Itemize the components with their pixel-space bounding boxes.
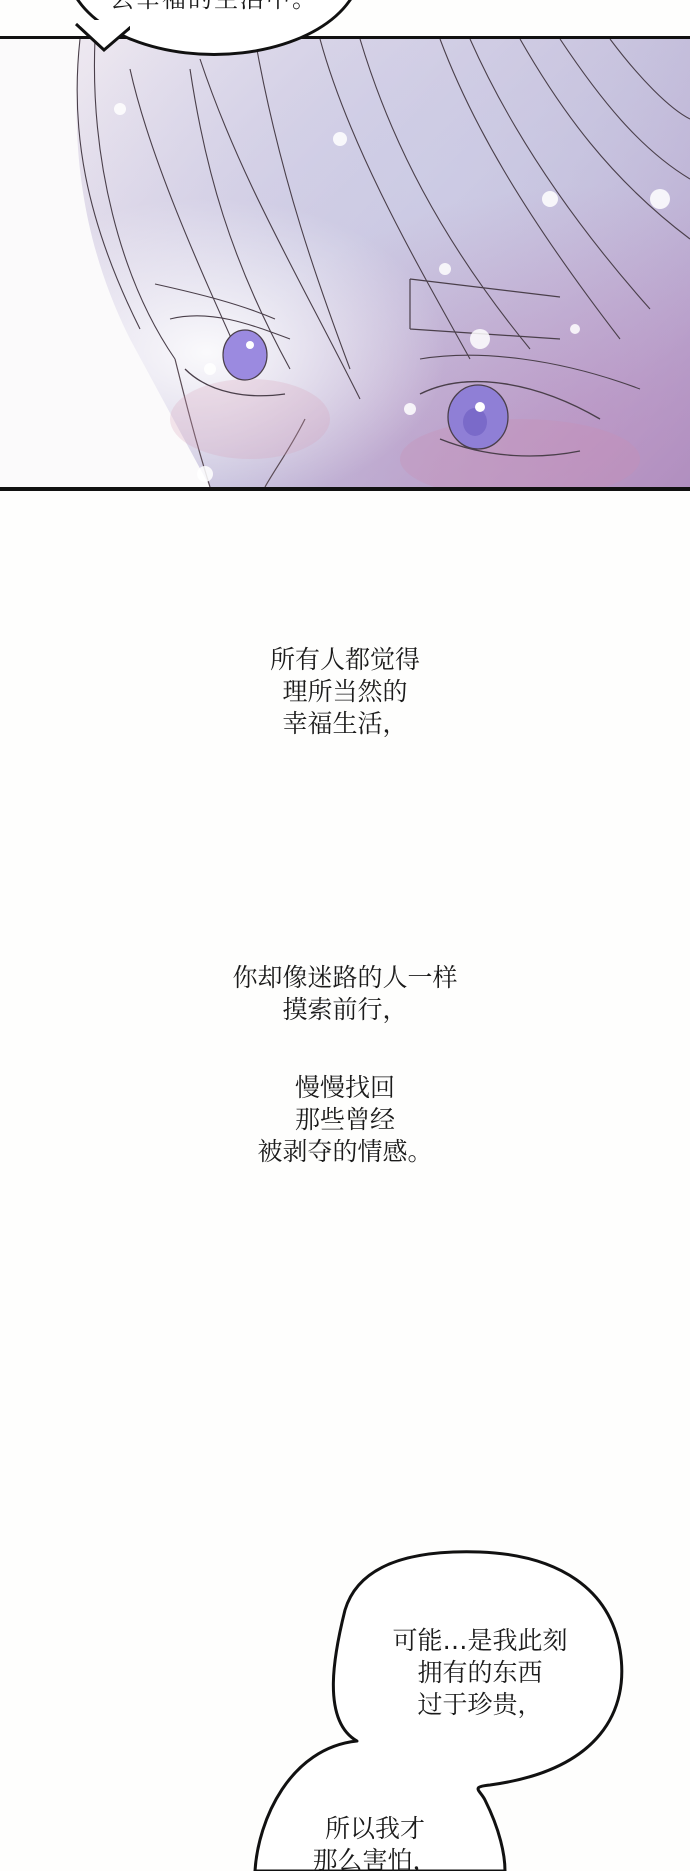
left-eye [155,284,290,396]
narration-line: 慢慢找回 [0,1072,690,1104]
narration-box-1: 所有人都觉得 理所当然的 幸福生活， [0,644,690,740]
narration-line: 摸索前行， [0,994,690,1026]
narration-line: 你却像迷路的人一样 [0,962,690,994]
narration-box-2: 你却像迷路的人一样 摸索前行， [0,962,690,1026]
speech-bubble-2-text: 所以我才 那么害怕， [300,1813,450,1871]
narration-line: 那些曾经 [0,1104,690,1136]
comic-page: 去幸福的生活中。 [0,0,690,1871]
narration-line: 被剥夺的情感。 [0,1136,690,1168]
art-panel-face-closeup [0,36,690,491]
top-bubble-text: 去幸福的生活中。 [66,0,362,10]
narration-line: 幸福生活， [0,708,690,740]
bubble-line: 那么害怕， [300,1845,450,1871]
narration-line: 理所当然的 [0,676,690,708]
speech-bubble-1-text: 可能…是我此刻 拥有的东西 过于珍贵， [370,1625,590,1721]
bubble-line: 拥有的东西 [370,1657,590,1689]
narration-box-3: 慢慢找回 那些曾经 被剥夺的情感。 [0,1072,690,1168]
narration-line: 所有人都觉得 [0,644,690,676]
bubble-tail-icon [70,20,130,60]
character-face-illustration [0,39,690,487]
bubble-line: 过于珍贵， [370,1689,590,1721]
bubble-line: 可能…是我此刻 [370,1625,590,1657]
bubble-line: 所以我才 [300,1813,450,1845]
